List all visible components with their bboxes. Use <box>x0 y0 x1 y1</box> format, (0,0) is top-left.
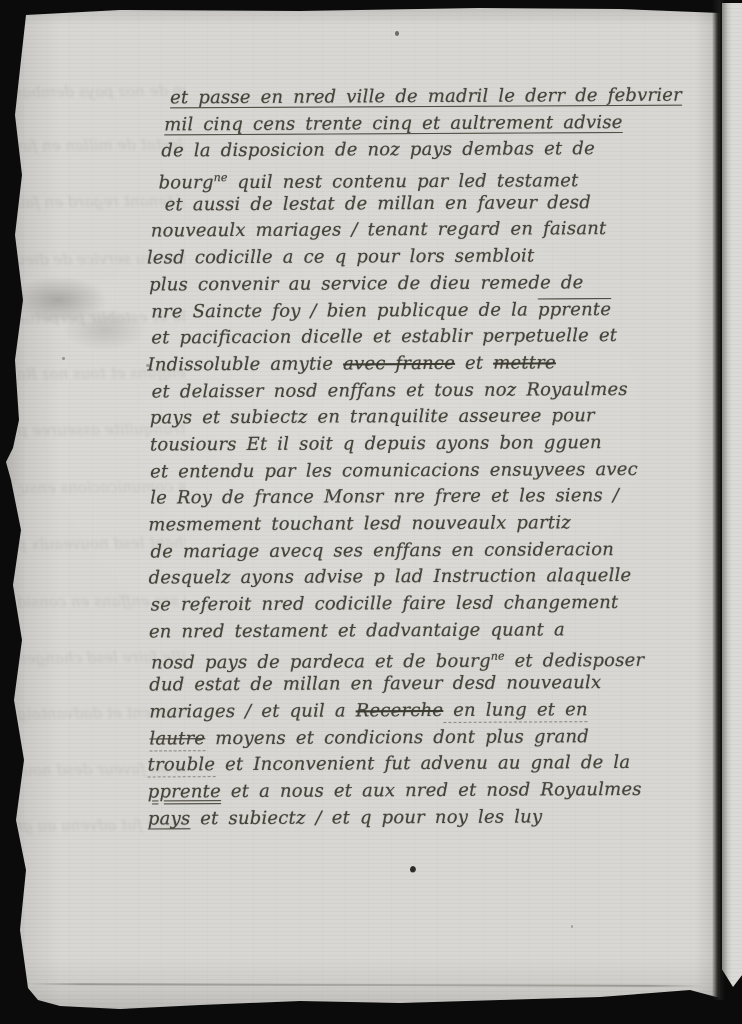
manuscript-line: tousiours Et il soit q depuis ayons bon … <box>146 429 716 459</box>
manuscript-line: desquelz ayons advise p lad Instruction … <box>147 563 717 593</box>
ink-dot <box>410 866 416 873</box>
manuscript-line: et entendu par les comunicacions ensuyve… <box>146 456 716 486</box>
underlined-text: mil cinq cens trente cinq et aultrement … <box>164 112 622 135</box>
underlined-text: et passe en nred ville de madril le derr… <box>170 85 682 109</box>
manuscript-line: mil cinq cens trente cinq et aultrement … <box>144 109 714 139</box>
manuscript-line: de la disposicion de noz pays dembas et … <box>144 136 714 166</box>
scanned-manuscript-photo: de la disposicion de noz pays dembas et … <box>0 0 742 1024</box>
next-page-edge <box>722 3 742 993</box>
line-text: mariages / et quil a <box>149 700 356 722</box>
line-text: et Inconvenient fut advenu au gnal de la <box>215 752 630 775</box>
overlined-abbreviation: pprente <box>538 299 611 320</box>
manuscript-line: le Roy de france Monsr nre frere et les … <box>146 483 716 513</box>
manuscript-line: en nred testament et dadvantaige quant a <box>147 616 717 646</box>
manuscript-line: nouveaulx mariages / tenant regard en fa… <box>145 216 715 246</box>
dash-underlined-text: en lung et en <box>443 699 588 723</box>
line-text: et <box>455 353 493 374</box>
manuscript-line: bourgne quil nest contenu par led testam… <box>144 163 714 193</box>
manuscript-line: pays et subiectz en tranquilite asseuree… <box>146 403 716 433</box>
line-text: et subiectz / et q pour noy les luy <box>190 806 542 829</box>
line-text: et a nous et aux nred et nosd Royaulmes <box>221 779 642 802</box>
superscript-abbreviation: ne <box>214 171 228 184</box>
struck-words: avec france <box>343 353 455 375</box>
line-text: nre Saincte foy / bien publicque de la <box>151 299 538 322</box>
struck-word: lautre <box>149 728 205 751</box>
line-text: Indissoluble amytie <box>147 353 343 375</box>
manuscript-line: nosd pays de pardeca et de bourgne et de… <box>147 643 717 673</box>
manuscript-line: nre Saincte foy / bien publicque de la p… <box>145 296 715 326</box>
manuscript-line: Indissoluble amytie avec france et mettr… <box>145 349 715 379</box>
ink-speck <box>395 31 399 36</box>
manuscript-line: et aussi de lestat de millan en faveur d… <box>145 189 715 219</box>
ink-speck <box>571 925 573 928</box>
handwritten-text-block: et passe en nred ville de madril le derr… <box>144 83 718 833</box>
line-text: moyens et condicions dont plus grand <box>205 726 589 749</box>
manuscript-page: de la disposicion de noz pays dembas et … <box>0 0 720 1016</box>
manuscript-line: mesmement touchant lesd nouveaulx partiz <box>146 510 716 540</box>
manuscript-line: dud estat de millan en faveur desd nouve… <box>147 670 717 700</box>
manuscript-line: pprente et a nous et aux nred et nosd Ro… <box>148 776 718 806</box>
underlined-word: pays <box>148 808 191 829</box>
manuscript-line: pays et subiectz / et q pour noy les luy <box>148 803 718 833</box>
double-underlined-word: pprente <box>148 781 221 802</box>
line-text: bourg <box>159 172 214 193</box>
struck-word: Recerche <box>356 700 444 721</box>
ink-speck <box>62 357 65 360</box>
manuscript-line: se referoit nred codicille faire lesd ch… <box>147 590 717 620</box>
manuscript-line: trouble et Inconvenient fut advenu au gn… <box>148 750 718 780</box>
manuscript-line: de mariage avecq ses enffans en consider… <box>146 536 716 566</box>
manuscript-line: mariages / et quil a Recerche en lung et… <box>147 696 717 726</box>
manuscript-line: plus convenir au service de dieu remede … <box>145 269 715 299</box>
manuscript-line: et passe en nred ville de madril le derr… <box>144 83 714 113</box>
manuscript-line: lautre moyens et condicions dont plus gr… <box>147 723 717 753</box>
dash-underlined-word: trouble <box>148 754 216 777</box>
manuscript-line: lesd codicille a ce q pour lors sembloit <box>145 243 715 273</box>
bottom-fold-crease <box>28 983 704 987</box>
ink-speck <box>146 364 150 367</box>
superscript-abbreviation: ne <box>491 650 505 663</box>
line-text: et dedisposer <box>505 650 645 672</box>
manuscript-line: et delaisser nosd enffans et tous noz Ro… <box>146 376 716 406</box>
struck-words: mettre <box>493 352 556 373</box>
manuscript-line: et pacificacion dicelle et establir perp… <box>145 323 715 353</box>
